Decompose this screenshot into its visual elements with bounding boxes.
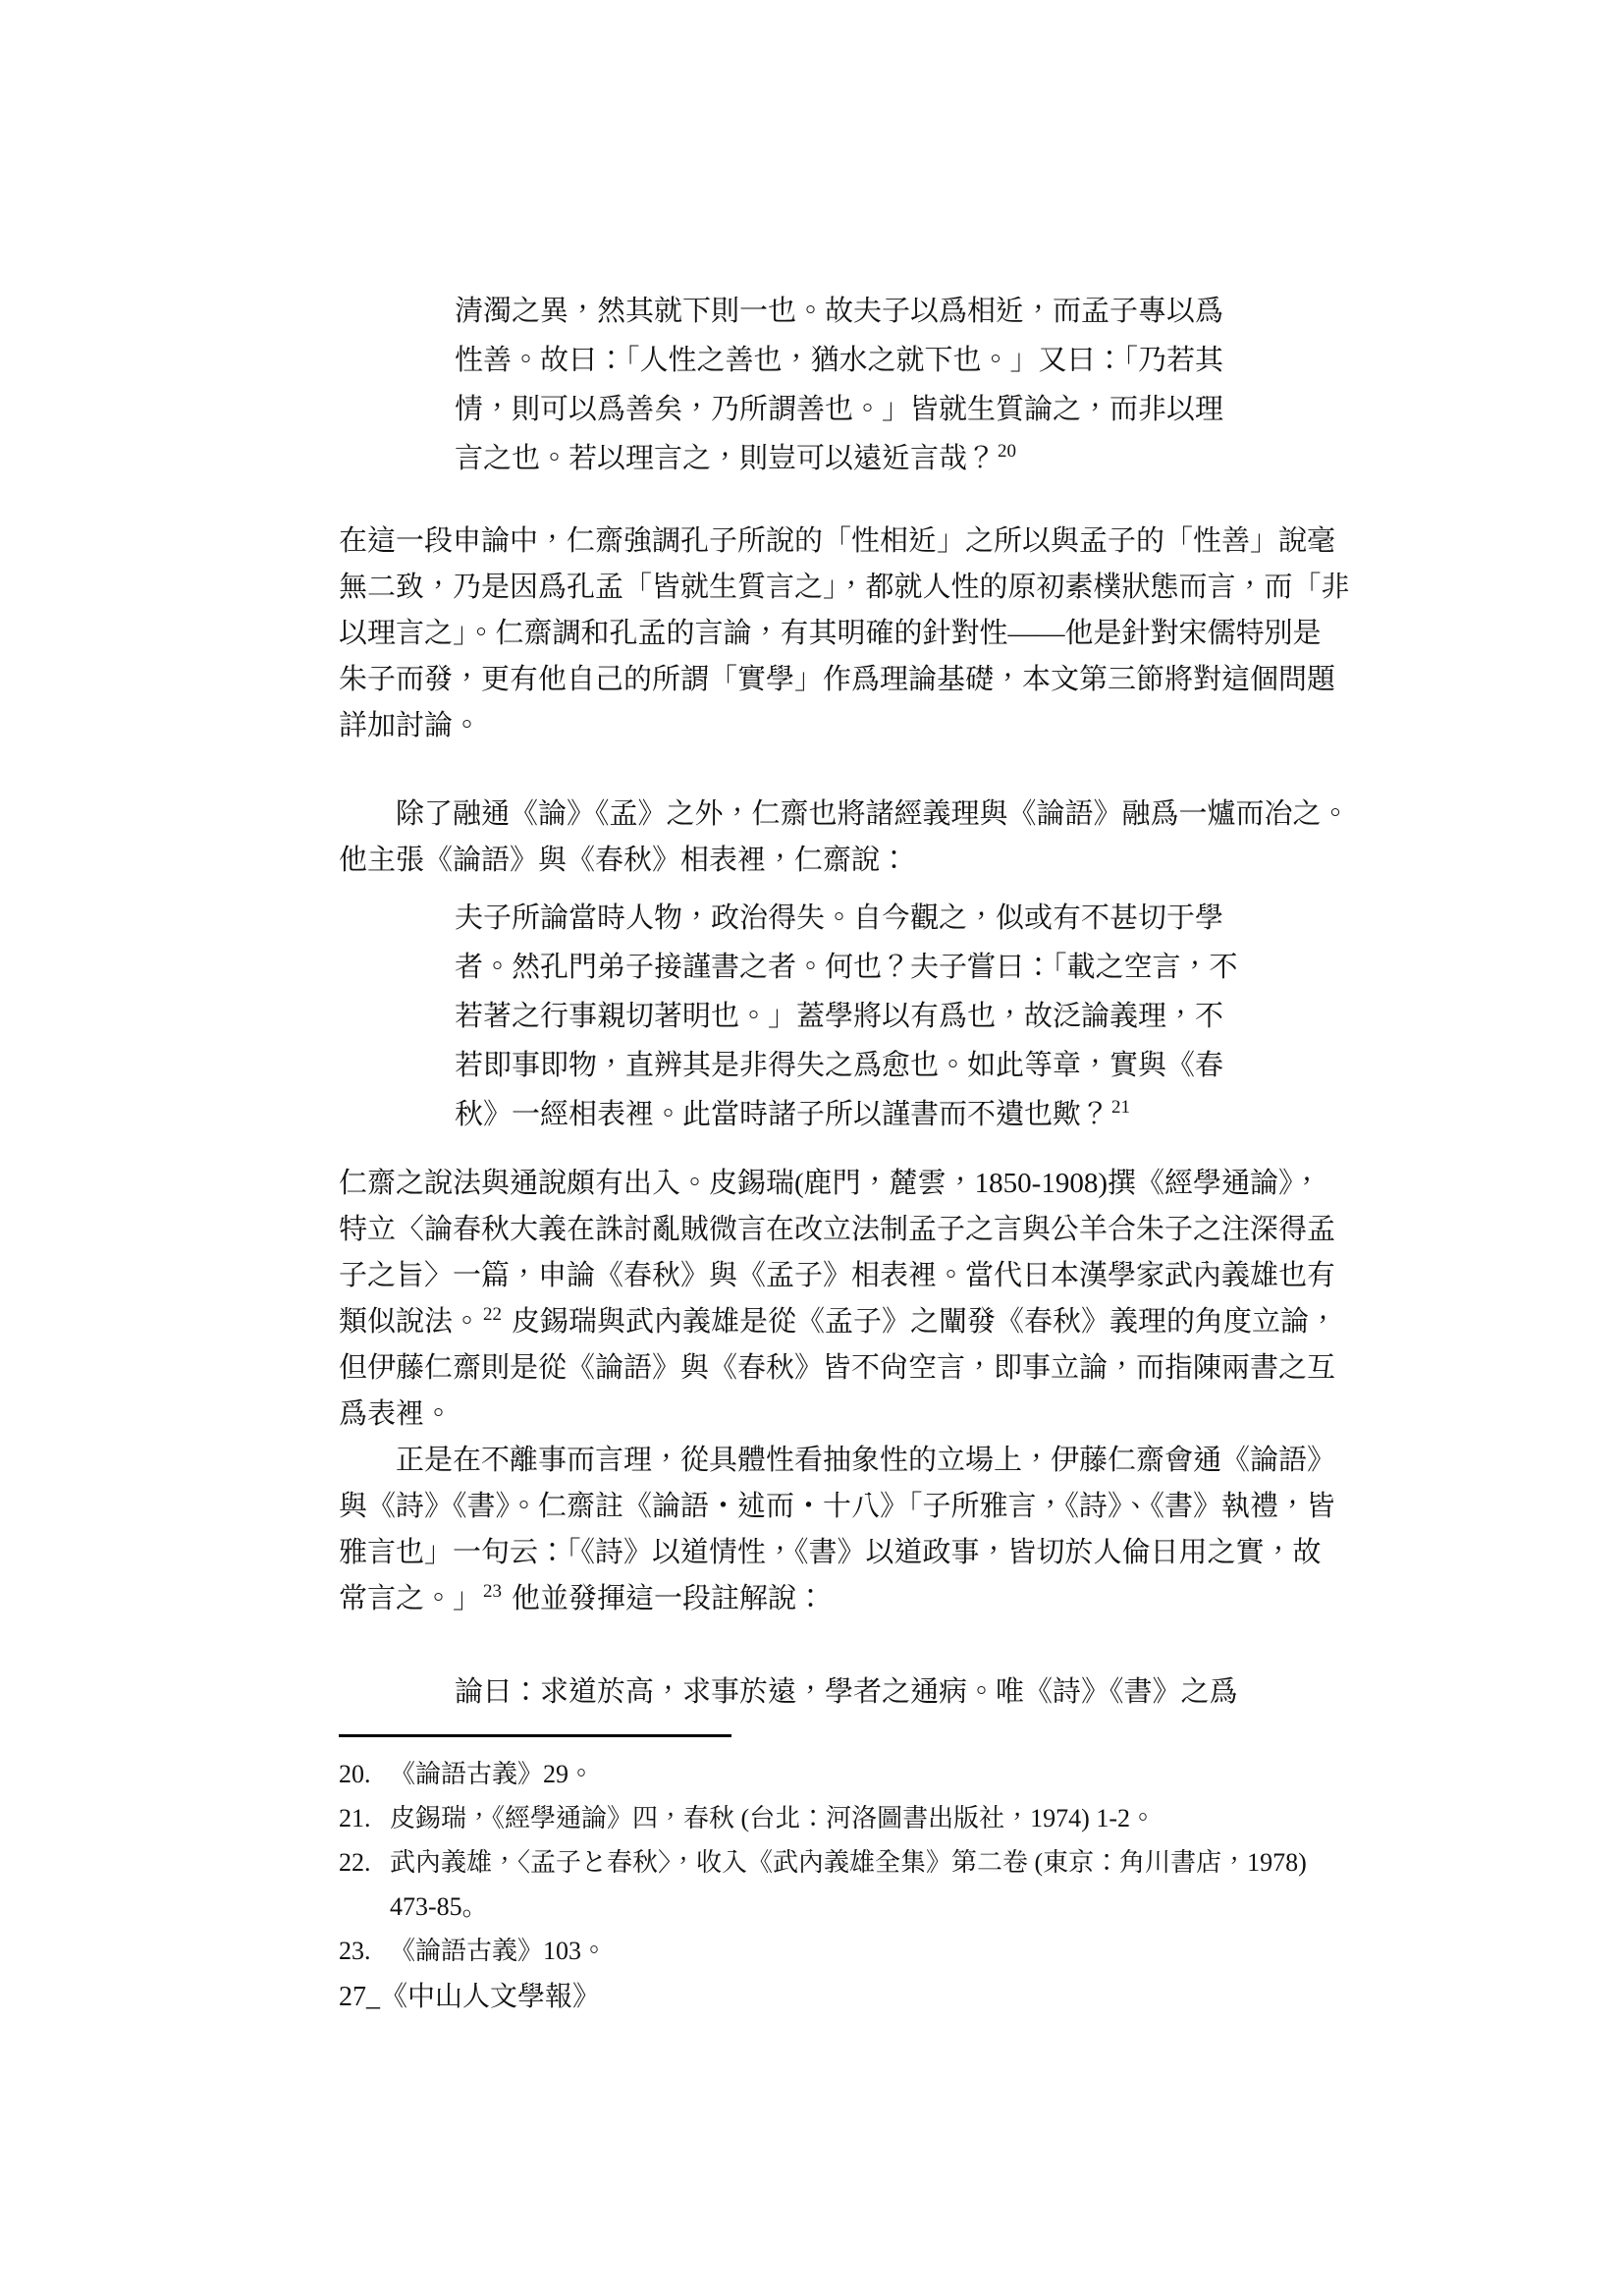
- paragraph-line: 以理言之」。仁齋調和孔孟的言論，有其明確的針對性——他是針對宋儒特別是: [339, 611, 1286, 657]
- footnote-text: 《論語古義》29。: [390, 1752, 1330, 1796]
- block-quote-2: 夫子所論當時人物，政治得失。自今觀之，似或有不甚切于學 者。然孔門弟子接謹書之者…: [455, 894, 1220, 1139]
- page-footer: 27_《中山人文學報》: [339, 1980, 600, 2015]
- footnote-number: 21.: [339, 1796, 390, 1840]
- footnote-separator: [339, 1734, 731, 1737]
- footnote-number: 20.: [339, 1752, 390, 1796]
- paragraph-line: 特立〈論春秋大義在誅討亂賊微言在改立法制孟子之言與公羊合朱子之注深得孟: [339, 1207, 1286, 1253]
- quote-line: 若即事即物，直辨其是非得失之爲愈也。如此等章，實與《春: [455, 1041, 1220, 1090]
- document-page: 清濁之異，然其就下則一也。故夫子以爲相近，而孟子專以爲 性善。故曰：「人性之善也…: [0, 0, 1623, 2296]
- quote-line: 秋》一經相表裡。此當時諸子所以謹書而不遺也歟？21: [455, 1090, 1220, 1139]
- paragraph-line-text: 類似說法。: [339, 1306, 481, 1338]
- paragraph-line: 雅言也」一句云：「《詩》以道情性，《書》以道政事，皆切於人倫日用之實，故: [339, 1530, 1286, 1576]
- body-paragraph-3: 仁齋之說法與通說頗有出入。皮錫瑞(鹿門，麓雲，1850-1908)撰《經學通論》…: [339, 1161, 1286, 1438]
- paragraph-line: 但伊藤仁齋則是從《論語》與《春秋》皆不尙空言，即事立論，而指陳兩書之互: [339, 1345, 1286, 1392]
- paragraph-line-text: 常言之。」: [339, 1583, 481, 1614]
- paragraph-line-text: 皮錫瑞與武內義雄是從《孟子》之闡發《春秋》義理的角度立論，: [512, 1306, 1337, 1338]
- quote-line: 夫子所論當時人物，政治得失。自今觀之，似或有不甚切于學: [455, 894, 1220, 943]
- quote-line-text: 言之也。若以理言之，則豈可以遠近言哉？: [455, 443, 996, 474]
- block-quote-1: 清濁之異，然其就下則一也。故夫子以爲相近，而孟子專以爲 性善。故曰：「人性之善也…: [455, 287, 1220, 483]
- paragraph-line: 常言之。」23他並發揮這一段註解說：: [339, 1576, 1286, 1622]
- paragraph-line: 仁齋之說法與通說頗有出入。皮錫瑞(鹿門，麓雲，1850-1908)撰《經學通論》…: [339, 1161, 1286, 1207]
- quote-line: 情，則可以爲善矣，乃所謂善也。」皆就生質論之，而非以理: [455, 385, 1220, 434]
- paragraph-line: 正是在不離事而言理，從具體性看抽象性的立場上，伊藤仁齋會通《論語》: [339, 1438, 1286, 1484]
- paragraph-line: 類似說法。22皮錫瑞與武內義雄是從《孟子》之闡發《春秋》義理的角度立論，: [339, 1299, 1286, 1345]
- paragraph-line: 他主張《論語》與《春秋》相表裡，仁齋說：: [339, 838, 1286, 884]
- paragraph-line: 爲表裡。: [339, 1392, 1286, 1438]
- body-paragraph-2: 除了融通《論》《孟》之外，仁齋也將諸經義理與《論語》融爲一爐而冶之。 他主張《論…: [339, 792, 1286, 884]
- quote-line: 若著之行事親切著明也。」蓋學將以有爲也，故泛論義理，不: [455, 992, 1220, 1041]
- footnote-text: 武內義雄，〈孟子と春秋〉，收入《武內義雄全集》第二卷 (東京：角川書店，1978…: [390, 1840, 1330, 1885]
- block-quote-3: 論曰：求道於高，求事於遠，學者之通病。唯《詩》《書》之爲: [455, 1667, 1220, 1717]
- footnote-ref-23: 23: [483, 1581, 502, 1602]
- footnote-21: 21. 皮錫瑞，《經學通論》四，春秋 (台北：河洛圖書出版社，1974) 1-2…: [339, 1796, 1330, 1840]
- paragraph-line: 除了融通《論》《孟》之外，仁齋也將諸經義理與《論語》融爲一爐而冶之。: [339, 792, 1286, 838]
- footnote-ref-21: 21: [1111, 1097, 1130, 1118]
- footnote-20: 20. 《論語古義》29。: [339, 1752, 1330, 1796]
- footnote-ref-20: 20: [998, 441, 1016, 462]
- quote-line: 清濁之異，然其就下則一也。故夫子以爲相近，而孟子專以爲: [455, 287, 1220, 336]
- footnote-ref-22: 22: [483, 1304, 502, 1325]
- body-paragraph-4: 正是在不離事而言理，從具體性看抽象性的立場上，伊藤仁齋會通《論語》 與《詩》《書…: [339, 1438, 1286, 1622]
- footnote-23: 23. 《論語古義》103。: [339, 1929, 1330, 1973]
- paragraph-line: 朱子而發，更有他自己的所謂「實學」作爲理論基礎，本文第三節將對這個問題: [339, 657, 1286, 703]
- paragraph-line: 無二致，乃是因爲孔孟「皆就生質言之」，都就人性的原初素樸狀態而言，而「非: [339, 565, 1286, 611]
- quote-line: 論曰：求道於高，求事於遠，學者之通病。唯《詩》《書》之爲: [455, 1667, 1220, 1717]
- paragraph-line: 子之旨〉一篇，申論《春秋》與《孟子》相表裡。當代日本漢學家武內義雄也有: [339, 1253, 1286, 1299]
- footnote-text: 《論語古義》103。: [390, 1929, 1330, 1973]
- footnote-22: 22. 武內義雄，〈孟子と春秋〉，收入《武內義雄全集》第二卷 (東京：角川書店，…: [339, 1840, 1330, 1885]
- paragraph-line: 詳加討論。: [339, 703, 1286, 749]
- quote-line-text: 秋》一經相表裡。此當時諸子所以謹書而不遺也歟？: [455, 1099, 1109, 1130]
- footnotes-section: 20. 《論語古義》29。 21. 皮錫瑞，《經學通論》四，春秋 (台北：河洛圖…: [339, 1752, 1330, 1973]
- quote-line: 者。然孔門弟子接謹書之者。何也？夫子嘗曰：「載之空言，不: [455, 943, 1220, 992]
- paragraph-line: 在這一段申論中，仁齋強調孔子所說的「性相近」之所以與孟子的「性善」說毫: [339, 519, 1286, 565]
- quote-line: 性善。故曰：「人性之善也，猶水之就下也。」又曰：「乃若其: [455, 336, 1220, 385]
- quote-line: 言之也。若以理言之，則豈可以遠近言哉？20: [455, 434, 1220, 483]
- paragraph-line-text: 他並發揮這一段註解說：: [512, 1583, 825, 1614]
- footnote-22-continuation: 473-85。: [339, 1885, 1330, 1929]
- footnote-text: 皮錫瑞，《經學通論》四，春秋 (台北：河洛圖書出版社，1974) 1-2。: [390, 1796, 1330, 1840]
- body-paragraph-1: 在這一段申論中，仁齋強調孔子所說的「性相近」之所以與孟子的「性善」說毫 無二致，…: [339, 519, 1286, 749]
- footnote-number: 22.: [339, 1840, 390, 1885]
- footnote-number: 23.: [339, 1929, 390, 1973]
- paragraph-line: 與《詩》《書》。仁齋註《論語・述而・十八》「子所雅言，《詩》、《書》執禮，皆: [339, 1484, 1286, 1530]
